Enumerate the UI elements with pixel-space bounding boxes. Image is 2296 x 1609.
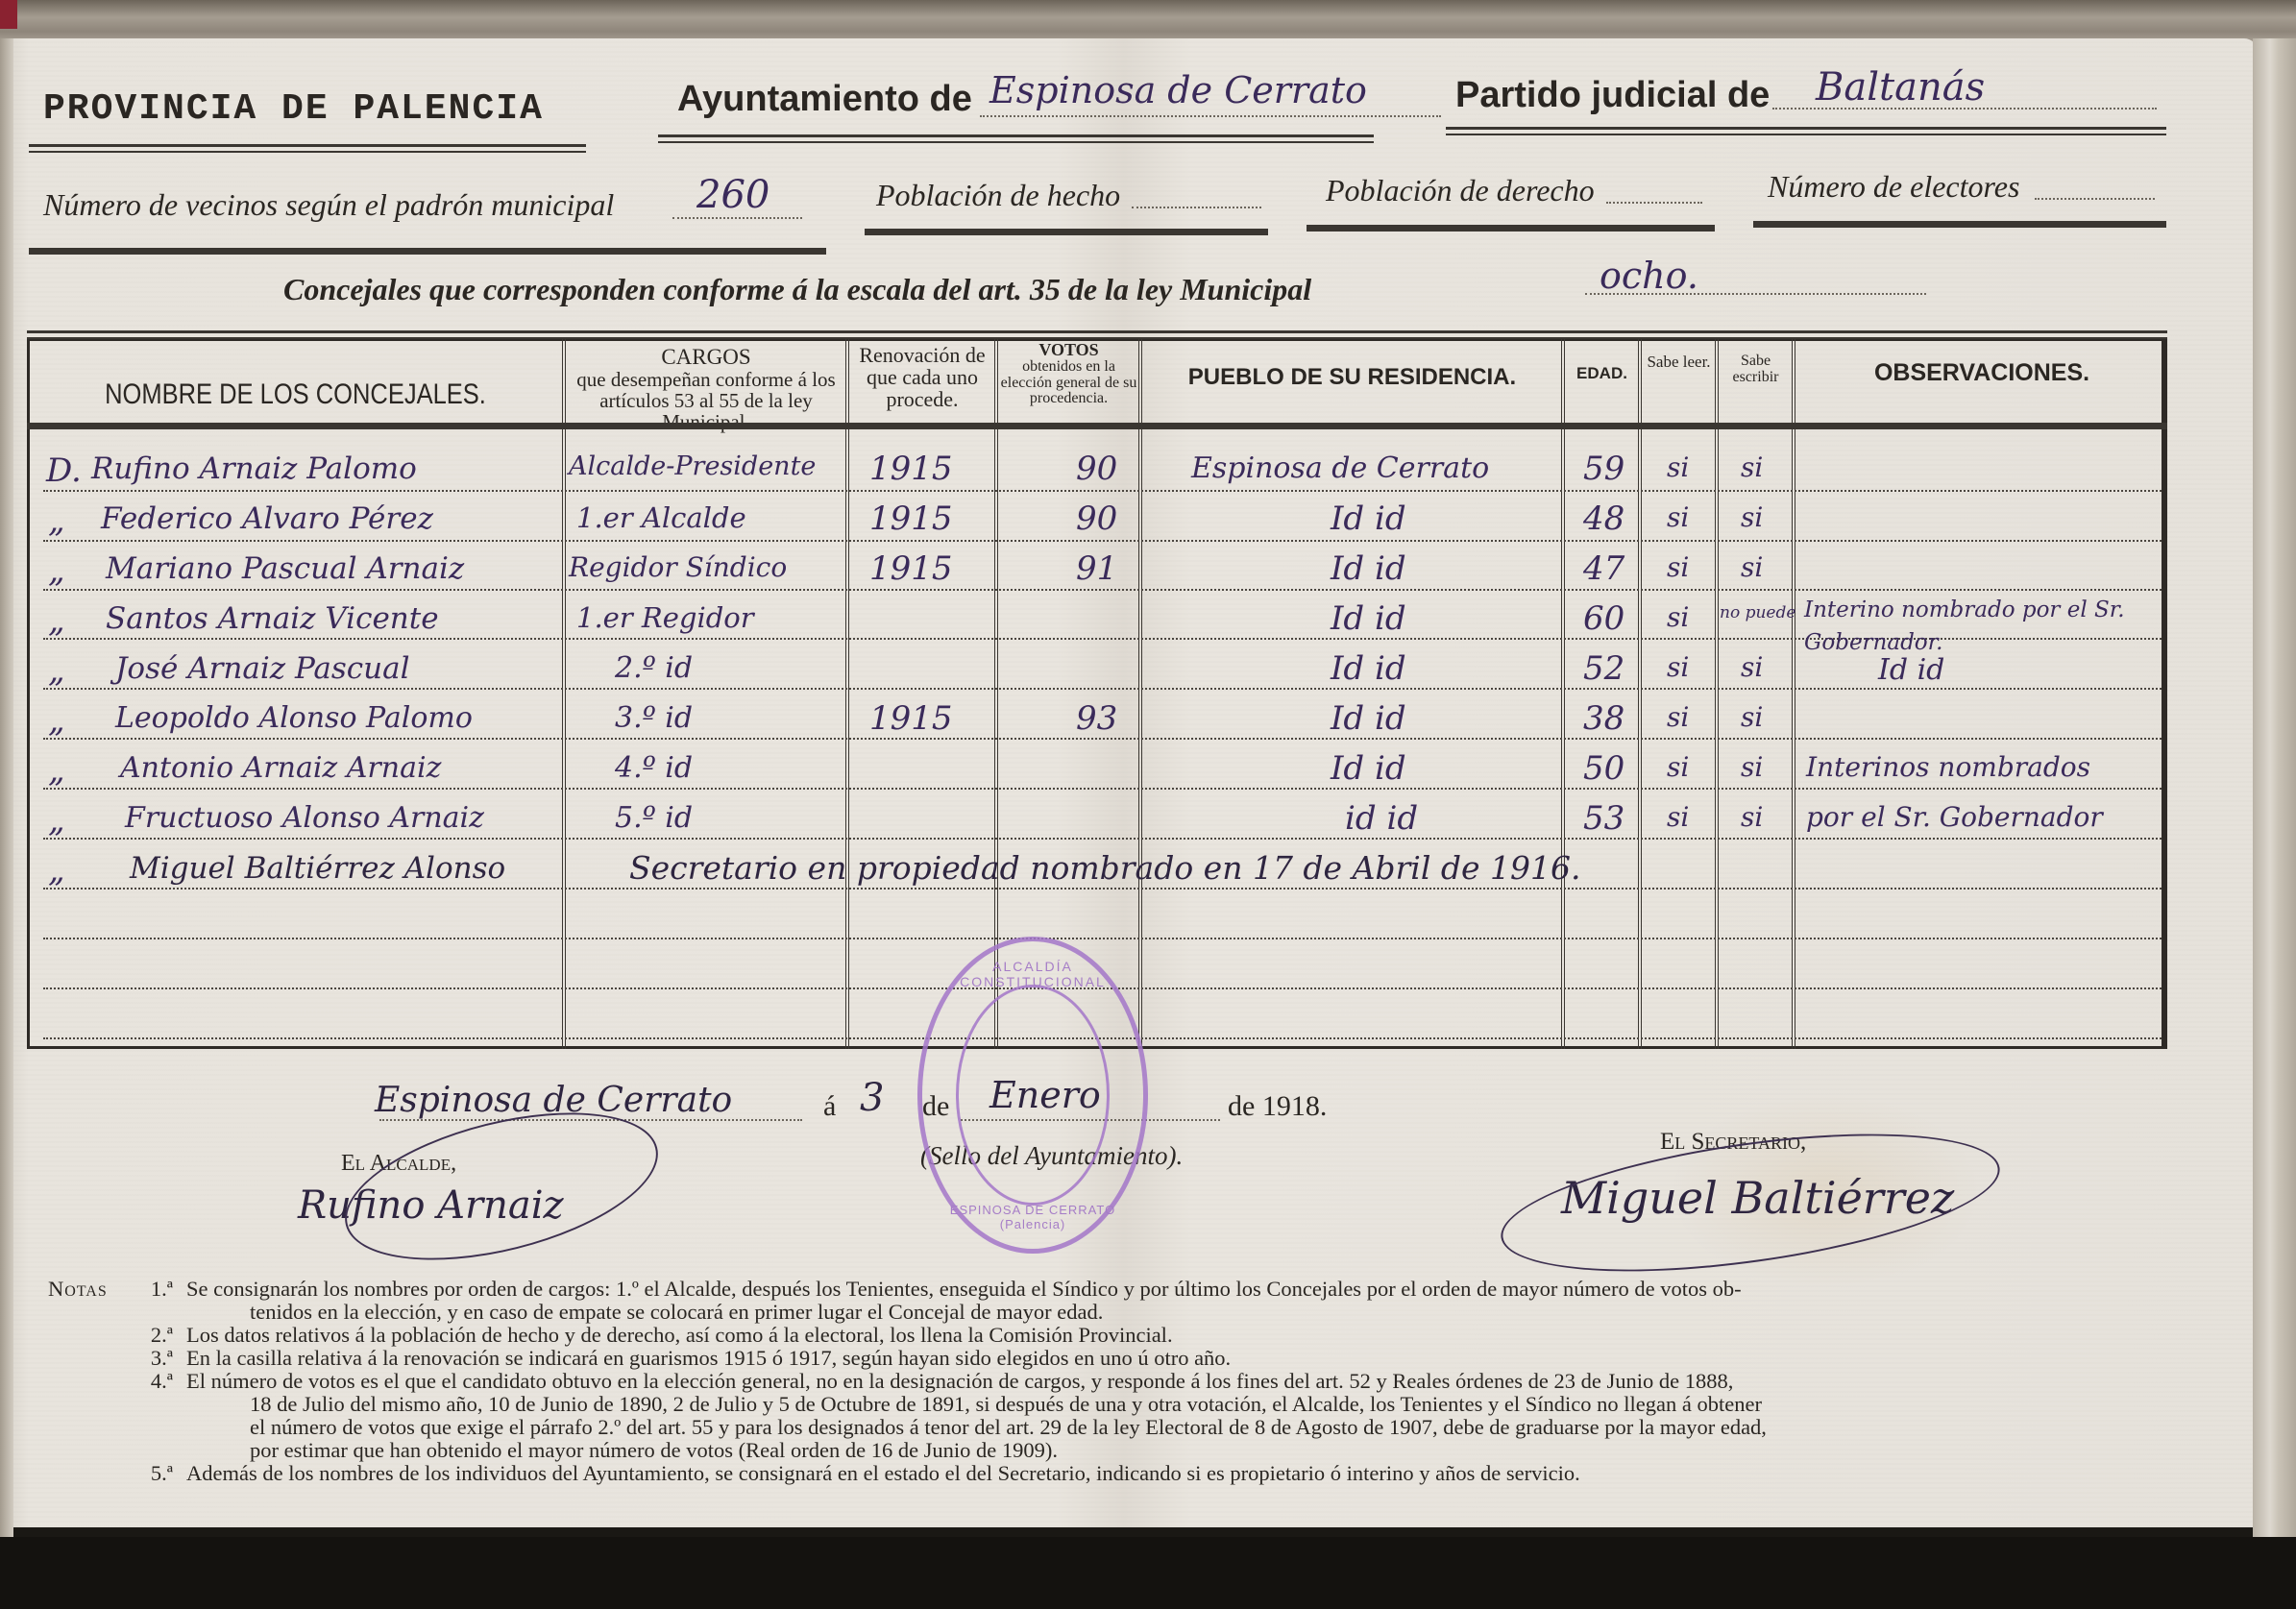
votos-subtitle: obtenidos en la elección general de su p… (999, 359, 1138, 407)
column-header-nombre: NOMBRE DE LOS CONCEJALES. (69, 379, 523, 410)
table-top-rule (27, 330, 2167, 339)
pueblo: Espinosa de Cerrato (1191, 451, 1489, 485)
divider (1307, 225, 1715, 232)
note-4-cont: el número de votos que exige el párrafo … (48, 1416, 2190, 1439)
note-text: Los datos relativos á la población de he… (186, 1324, 1173, 1347)
cargo: 3.º id (615, 701, 693, 735)
column-header-cargos: CARGOS que desempeñan conforme á los art… (567, 346, 845, 432)
note-number: 5.ª (134, 1462, 186, 1485)
edad: 53 (1583, 799, 1624, 838)
municipal-stamp: ALCALDÍA CONSTITUCIONAL ESPINOSA DE CERR… (917, 937, 1148, 1254)
sabe-escribir: no puede (1720, 603, 1795, 622)
sabe-escribir: si (1741, 801, 1763, 833)
column-header-leer: Sabe leer. (1643, 353, 1715, 371)
votos: 93 (1076, 699, 1117, 738)
row-prefix: „ (48, 651, 65, 690)
note-number: 4.ª (134, 1370, 186, 1393)
cargo: 5.º id (615, 801, 693, 835)
cargo: 1.er Alcalde (576, 501, 746, 534)
sabe-leer: si (1667, 551, 1689, 583)
notes-section: Notas 1.ª Se consignarán los nombres por… (48, 1278, 2190, 1485)
divider (1753, 221, 2166, 228)
ayuntamiento-label: Ayuntamiento de (677, 79, 972, 120)
column-divider (994, 338, 998, 1049)
page-left-edge (0, 38, 13, 1537)
poblacion-derecho-label: Población de derecho (1326, 173, 1595, 208)
divider (29, 248, 826, 255)
councillor-name: José Arnaiz Pascual (115, 651, 410, 686)
pueblo: Id id (1331, 749, 1406, 788)
column-divider (1792, 338, 1795, 1049)
secretary-name: Miguel Baltiérrez Alonso (130, 851, 505, 886)
row-prefix: „ (48, 801, 65, 840)
edad: 52 (1583, 649, 1624, 688)
renovacion: 1915 (869, 699, 953, 738)
ayuntamiento-field (980, 115, 1441, 117)
concejales-label: Concejales que corresponden conforme á l… (283, 272, 1311, 307)
row-prefix: „ (48, 751, 65, 790)
pueblo: id id (1345, 799, 1418, 838)
cargo: Regidor Síndico (569, 551, 787, 583)
concejales-value: ocho. (1600, 255, 1698, 297)
edad: 50 (1583, 749, 1624, 788)
note-1-cont: tenidos en la elección, y en caso de emp… (48, 1301, 2190, 1324)
divider (1446, 127, 2166, 135)
councillor-name: Rufino Arnaiz Palomo (91, 451, 417, 486)
column-header-edad: EDAD. (1566, 365, 1638, 382)
poblacion-hecho-label: Población de hecho (876, 178, 1120, 213)
divider (865, 229, 1268, 235)
header-rule (27, 423, 2167, 429)
cargo: 2.º id (615, 651, 693, 685)
stamp-top-text: ALCALDÍA CONSTITUCIONAL (922, 959, 1143, 989)
renovacion: 1915 (869, 549, 953, 588)
councillor-name: Santos Arnaiz Vicente (106, 601, 439, 636)
column-divider (562, 338, 566, 1049)
row-rule (43, 738, 2162, 740)
electores-field (2035, 198, 2155, 200)
electores-label: Número de electores (1768, 169, 2019, 205)
sabe-leer: si (1667, 601, 1689, 633)
column-header-votos: VOTOS obtenidos en la elección general d… (999, 341, 1138, 407)
row-rule (43, 888, 2162, 890)
sabe-leer: si (1667, 451, 1689, 483)
sabe-leer: si (1667, 801, 1689, 833)
row-rule (43, 938, 2162, 939)
sabe-leer: si (1667, 701, 1689, 733)
cargo: 4.º id (615, 751, 693, 785)
votos: 90 (1076, 450, 1117, 488)
pueblo: Id id (1331, 500, 1406, 538)
row-prefix: „ (48, 551, 65, 590)
ayuntamiento-value: Espinosa de Cerrato (989, 69, 1367, 111)
column-header-pueblo: PUEBLO DE SU RESIDENCIA. (1143, 365, 1561, 389)
row-rule (43, 838, 2162, 840)
councillor-name: Leopoldo Alonso Palomo (115, 701, 473, 735)
row-rule (43, 540, 2162, 542)
renovacion: 1915 (869, 450, 953, 488)
row-prefix: D. (46, 451, 82, 490)
stamp-bottom-text: ESPINOSA DE CERRATO (Palencia) (922, 1203, 1143, 1231)
sabe-escribir: si (1741, 701, 1763, 733)
stamp-inner-ring (956, 985, 1110, 1206)
note-2: 2.ª Los datos relativos á la población d… (48, 1324, 2190, 1347)
observaciones: Interinos nombrados (1806, 751, 2090, 783)
vecinos-label: Número de vecinos según el padrón munici… (43, 187, 614, 223)
observaciones: Id id (1878, 653, 1944, 687)
note-text: El número de votos es el que el candidat… (186, 1370, 1733, 1393)
footer-year: de 1918. (1228, 1090, 1327, 1123)
column-divider (1138, 338, 1142, 1049)
sabe-escribir: si (1741, 451, 1763, 483)
note-number: 2.ª (134, 1324, 186, 1347)
sabe-leer: si (1667, 651, 1689, 683)
row-rule (43, 589, 2162, 591)
book-cover-bottom (0, 1537, 2296, 1609)
note-4: 4.ª El número de votos es el que el cand… (48, 1370, 2190, 1393)
partido-judicial-label: Partido judicial de (1455, 75, 1770, 116)
secretary-note: Secretario en propiedad nombrado en 17 d… (629, 849, 1581, 887)
votos-title: VOTOS (999, 341, 1138, 359)
divider (658, 134, 1374, 143)
note-4-cont: por estimar que han obtenido el mayor nú… (48, 1439, 2190, 1462)
page-right-edge (2253, 38, 2296, 1537)
sabe-escribir: si (1741, 651, 1763, 683)
councillor-name: Mariano Pascual Arnaiz (106, 551, 464, 586)
partido-judicial-value: Baltanás (1816, 65, 1985, 110)
row-rule (43, 688, 2162, 690)
cargos-title: CARGOS (567, 346, 845, 369)
poblacion-derecho-field (1606, 202, 1702, 204)
ribbon-bookmark (0, 0, 17, 29)
note-3: 3.ª En la casilla relativa á la renovaci… (48, 1347, 2190, 1370)
column-divider (845, 338, 849, 1049)
notes-label: Notas (48, 1278, 134, 1301)
row-prefix: „ (48, 601, 65, 640)
pueblo: Id id (1331, 649, 1406, 688)
divider (29, 144, 586, 153)
note-text: Se consignarán los nombres por orden de … (186, 1278, 1742, 1301)
votos: 91 (1076, 549, 1117, 588)
cargo: 1.er Regidor (576, 601, 754, 634)
row-rule (43, 788, 2162, 790)
column-header-escribir: Sabe escribir (1720, 353, 1792, 386)
note-5: 5.ª Además de los nombres de los individ… (48, 1462, 2190, 1485)
observaciones: por el Sr. Gobernador (1806, 801, 2103, 833)
pueblo: Id id (1331, 549, 1406, 588)
sabe-escribir: si (1741, 501, 1763, 533)
councillor-name: Antonio Arnaiz Arnaiz (120, 751, 441, 785)
note-number: 1.ª (134, 1278, 186, 1301)
sabe-leer: si (1667, 751, 1689, 783)
councillor-name: Fructuoso Alonso Arnaiz (125, 801, 484, 835)
row-prefix: „ (48, 701, 65, 740)
column-divider (1561, 338, 1565, 1049)
note-4-cont: 18 de Julio del mismo año, 10 de Junio d… (48, 1393, 2190, 1416)
row-prefix: „ (48, 501, 65, 540)
observaciones: Interino nombrado por el Sr. Gobernador. (1804, 594, 2169, 659)
vecinos-value: 260 (696, 173, 769, 217)
note-text: En la casilla relativa á la renovación s… (186, 1347, 1231, 1370)
cargo: Alcalde-Presidente (569, 451, 816, 481)
sabe-leer: si (1667, 501, 1689, 533)
row-prefix: „ (48, 851, 65, 890)
edad: 59 (1583, 450, 1624, 488)
note-1: Notas 1.ª Se consignarán los nombres por… (48, 1278, 2190, 1301)
province-title: PROVINCIA DE PALENCIA (43, 88, 544, 130)
row-rule (43, 490, 2162, 492)
footer-day: 3 (860, 1076, 884, 1120)
note-number: 3.ª (134, 1347, 186, 1370)
column-header-observaciones: OBSERVACIONES. (1796, 360, 2167, 385)
column-header-renovacion: Renovación de que cada uno procede. (850, 344, 994, 410)
sabe-escribir: si (1741, 551, 1763, 583)
pueblo: Id id (1331, 599, 1406, 638)
pueblo: Id id (1331, 699, 1406, 738)
edad: 48 (1583, 500, 1624, 538)
edad: 60 (1583, 599, 1624, 638)
councillor-name: Federico Alvaro Pérez (101, 501, 433, 536)
column-divider (1715, 338, 1719, 1049)
vecinos-field (672, 217, 802, 219)
sabe-escribir: si (1741, 751, 1763, 783)
note-text: Además de los nombres de los individuos … (186, 1462, 1580, 1485)
votos: 90 (1076, 500, 1117, 538)
column-divider (1638, 338, 1642, 1049)
poblacion-hecho-field (1132, 207, 1261, 208)
edad: 47 (1583, 549, 1624, 588)
footer-a: á (823, 1090, 836, 1123)
renovacion: 1915 (869, 500, 953, 538)
edad: 38 (1583, 699, 1624, 738)
